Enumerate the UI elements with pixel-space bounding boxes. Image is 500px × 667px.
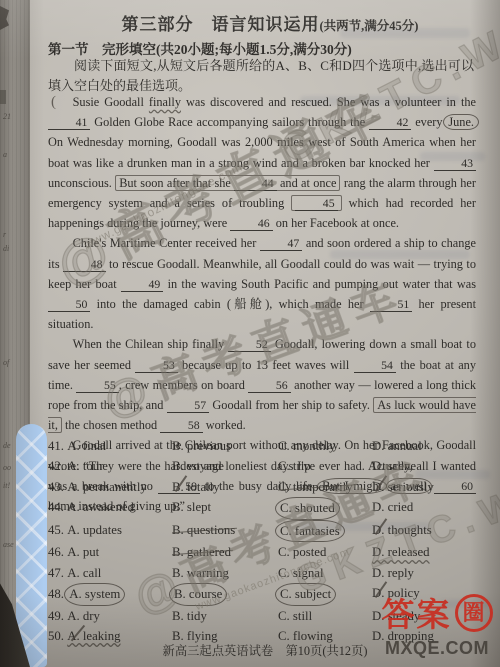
blank-51: 51 bbox=[370, 298, 412, 312]
option-cell: D. cried bbox=[372, 497, 496, 519]
section-title: 第一节 完形填空(共20小题;每小题1.5分,满分30分) bbox=[48, 38, 352, 58]
option-D: D. seriously bbox=[372, 477, 434, 497]
blank-58: 58 bbox=[160, 419, 202, 433]
option-C: C. monthly bbox=[278, 436, 336, 456]
option-cell: D. thoughts bbox=[372, 520, 496, 542]
option-C: C. posted bbox=[278, 542, 326, 562]
option-cell: 42. A. tour bbox=[48, 456, 172, 476]
option-B: B. slept bbox=[172, 497, 211, 517]
question-row: 47. A. callB. warningC. signalD. reply bbox=[48, 563, 496, 583]
blank-47: 47 bbox=[260, 237, 302, 251]
option-cell: D. reply bbox=[372, 563, 496, 583]
option-A: A. system bbox=[64, 583, 125, 605]
question-number: 49. bbox=[48, 609, 67, 623]
option-B: B. questions bbox=[172, 520, 235, 540]
blank-54: 54 bbox=[354, 359, 396, 373]
option-cell: C. signal bbox=[278, 563, 372, 583]
option-cell: D. seriously bbox=[372, 477, 496, 497]
option-cell: 46. A. put bbox=[48, 542, 172, 562]
option-A: A. tour bbox=[67, 456, 103, 476]
option-A: A. put bbox=[67, 542, 99, 562]
blank-45: 45 bbox=[295, 197, 337, 211]
blank-43: 43 bbox=[434, 157, 476, 171]
option-A: A. final bbox=[67, 436, 106, 456]
option-cell: C. fantasies bbox=[278, 520, 372, 542]
option-A: A. awakened bbox=[67, 497, 134, 517]
blank-56: 56 bbox=[248, 379, 290, 393]
option-cell: B. slept bbox=[172, 497, 278, 519]
blank-50: 50 bbox=[48, 298, 90, 312]
option-D: D. released bbox=[372, 542, 430, 562]
option-cell: 45. A. updates bbox=[48, 520, 172, 542]
blank-46: 46 bbox=[230, 217, 272, 231]
question-row: 41. A. finalB. previousC. monthlyD. annu… bbox=[48, 436, 496, 456]
option-cell: B. previous bbox=[172, 436, 278, 456]
option-cell: B. warning bbox=[172, 563, 278, 583]
option-B: B. previous bbox=[172, 436, 231, 456]
option-cell: C. posted bbox=[278, 542, 372, 562]
passage-paragraph: Chile's Maritime Center received her 47 … bbox=[48, 233, 476, 334]
passage-paragraph: Susie Goodall finally was discovered and… bbox=[48, 92, 476, 233]
option-D: D. reply bbox=[372, 563, 414, 583]
option-A: A. updates bbox=[67, 520, 122, 540]
pencil-annotation: 45 bbox=[291, 195, 341, 211]
option-cell: 41. A. final bbox=[48, 436, 172, 456]
option-cell: D. scene bbox=[372, 456, 496, 476]
logo-site-text: MXQE.COM bbox=[376, 638, 498, 659]
option-cell: B. gathered bbox=[172, 542, 278, 562]
question-number: 42. bbox=[48, 459, 67, 473]
exam-paper-photo: 21ardiofdeooit!ase 第三部分 语言知识运用(共两节,满分45分… bbox=[0, 0, 500, 667]
option-cell: 49. A. dry bbox=[48, 606, 172, 626]
page-content: 第三部分 语言知识运用(共两节,满分45分) 第一节 完形填空(共20小题;每小… bbox=[0, 0, 500, 667]
question-row: 45. A. updatesB. questionsC. fantasiesD.… bbox=[48, 520, 496, 542]
option-cell: D. annual bbox=[372, 436, 496, 456]
option-cell: 47. A. call bbox=[48, 563, 172, 583]
pencil-annotation: But soon after that she 44 and at once bbox=[115, 175, 340, 191]
logo-brand-circle: 圈 bbox=[455, 594, 493, 632]
option-D: D. scene bbox=[372, 456, 416, 476]
blank-48: 48 bbox=[63, 258, 105, 272]
option-C: C. trip bbox=[278, 456, 311, 476]
question-row: 46. A. putB. gatheredC. postedD. release… bbox=[48, 542, 496, 562]
logo-brand-text: 答案 bbox=[382, 589, 452, 636]
option-cell: B. totally bbox=[172, 477, 278, 497]
question-number: 44. bbox=[48, 500, 67, 514]
option-cell: C. trip bbox=[278, 456, 372, 476]
pencil-annotation: June. bbox=[443, 114, 479, 130]
pencil-paren-mark: ( bbox=[51, 94, 56, 111]
blank-55: 55 bbox=[76, 379, 118, 393]
option-cell: B. course bbox=[172, 583, 278, 605]
blank-41: 41 bbox=[48, 116, 90, 130]
instructions-text: 阅读下面短文,从短文后各题所给的A、B、C和D四个选项中,选出可以填入空白处的最… bbox=[48, 56, 474, 96]
option-cell: B. voyage bbox=[172, 456, 278, 476]
option-cell: B. tidy bbox=[172, 606, 278, 626]
option-C: C. shouted bbox=[275, 497, 340, 519]
option-cell: C. temporarily bbox=[278, 477, 372, 497]
answer-site-logo: 答案圈 MXQE.COM bbox=[376, 589, 498, 659]
question-row: 42. A. tourB. voyageC. tripD. scene bbox=[48, 456, 496, 476]
blank-42: 42 bbox=[369, 116, 411, 130]
blank-49: 49 bbox=[121, 278, 163, 292]
option-cell: 44. A. awakened bbox=[48, 497, 172, 519]
question-number: 46. bbox=[48, 545, 67, 559]
blue-redaction-stripe bbox=[16, 424, 47, 667]
option-A: A. call bbox=[67, 563, 101, 583]
option-A: A. permanently bbox=[67, 477, 147, 497]
option-A: A. dry bbox=[67, 606, 100, 626]
question-number: 41. bbox=[48, 439, 67, 453]
blank-52: 52 bbox=[228, 338, 270, 352]
option-B: B. warning bbox=[172, 563, 229, 583]
blank-44: 44 bbox=[234, 177, 276, 191]
option-cell: D. released bbox=[372, 542, 496, 562]
option-cell: C. monthly bbox=[278, 436, 372, 456]
option-C: C. temporarily bbox=[278, 477, 353, 497]
option-D: D. cried bbox=[372, 497, 413, 517]
question-row: 44. A. awakenedB. sleptC. shoutedD. crie… bbox=[48, 497, 496, 519]
option-B: B. gathered bbox=[172, 542, 231, 562]
passage-paragraph: When the Chilean ship finally 52 Goodall… bbox=[48, 334, 476, 435]
option-D: D. thoughts bbox=[372, 520, 432, 540]
option-C: C. still bbox=[278, 606, 312, 626]
question-number: 45. bbox=[48, 523, 67, 537]
option-C: C. fantasies bbox=[275, 520, 345, 542]
pencil-annotation: finally bbox=[149, 95, 181, 109]
part-title-text: 第三部分 语言知识运用 bbox=[122, 15, 320, 34]
option-B: B. totally bbox=[172, 477, 220, 497]
option-D: D. annual bbox=[372, 436, 422, 456]
option-cell: C. still bbox=[278, 606, 372, 626]
option-C: C. subject bbox=[275, 583, 336, 605]
question-row: 43. A. permanentlyB. totallyC. temporari… bbox=[48, 477, 496, 497]
blank-57: 57 bbox=[167, 399, 209, 413]
option-cell: 48. A. system bbox=[48, 583, 172, 605]
option-B: B. tidy bbox=[172, 606, 207, 626]
part-title-note: (共两节,满分45分) bbox=[320, 19, 419, 33]
blank-53: 53 bbox=[135, 359, 177, 373]
pencil-annotation: As luck would have it, bbox=[48, 397, 476, 433]
part-title: 第三部分 语言知识运用(共两节,满分45分) bbox=[60, 10, 480, 35]
logo-brand: 答案圈 bbox=[376, 589, 498, 636]
question-number: 43. bbox=[48, 480, 67, 494]
option-cell: C. shouted bbox=[278, 497, 372, 519]
option-cell: C. subject bbox=[278, 583, 372, 605]
option-cell: B. questions bbox=[172, 520, 278, 542]
option-C: C. signal bbox=[278, 563, 324, 583]
option-cell: 43. A. permanently bbox=[48, 477, 172, 497]
question-number: 47. bbox=[48, 566, 67, 580]
option-B: B. course bbox=[169, 583, 227, 605]
option-B: B. voyage bbox=[172, 456, 224, 476]
